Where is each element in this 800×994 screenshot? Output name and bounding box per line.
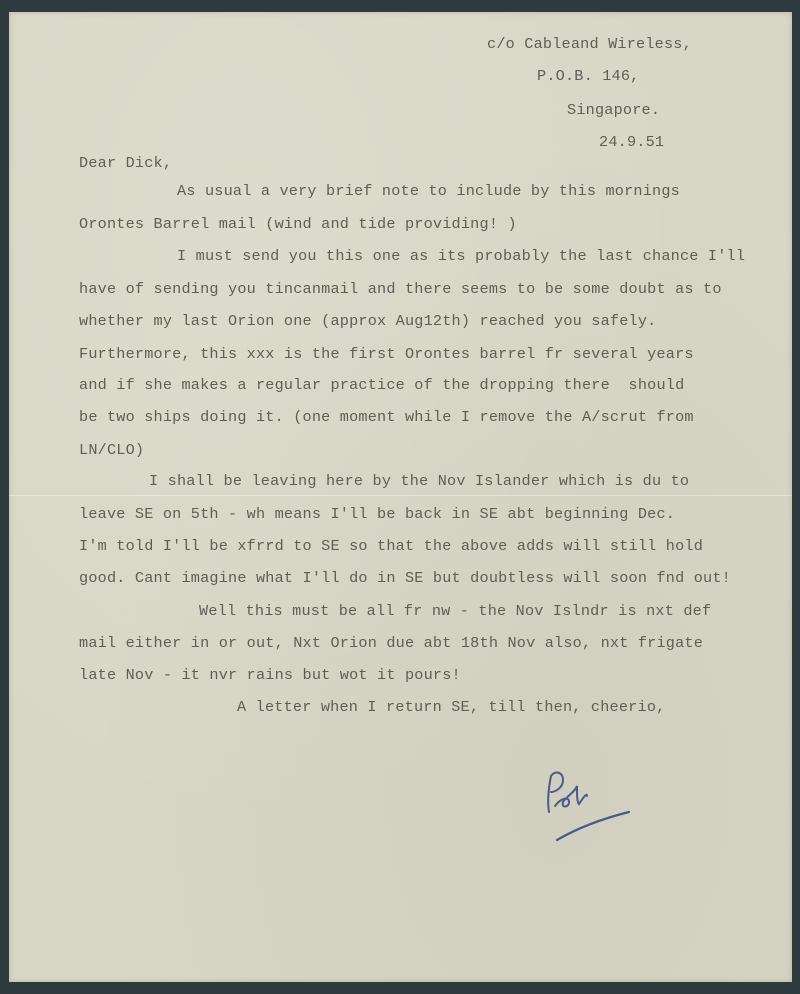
body-line: I'm told I'll be xfrrd to SE so that the… <box>79 537 703 555</box>
body-line: be two ships doing it. (one moment while… <box>79 408 694 426</box>
body-line: As usual a very brief note to include by… <box>177 182 680 200</box>
body-line: late Nov - it nvr rains but wot it pours… <box>79 666 461 684</box>
body-line: have of sending you tincanmail and there… <box>79 280 722 298</box>
body-line: Orontes Barrel mail (wind and tide provi… <box>79 215 517 233</box>
body-line: LN/CLO) <box>79 441 144 459</box>
body-line: I must send you this one as its probably… <box>177 247 745 265</box>
body-line: good. Cant imagine what I'll do in SE bu… <box>79 569 731 587</box>
salutation: Dear Dick, <box>79 154 172 172</box>
body-line: I shall be leaving here by the Nov Islan… <box>149 472 689 490</box>
body-line: mail either in or out, Nxt Orion due abt… <box>79 634 703 652</box>
body-line: Furthermore, this xxx is the first Oront… <box>79 345 694 363</box>
signature-bob: Bob <box>541 762 651 852</box>
body-line: leave SE on 5th - wh means I'll be back … <box>79 505 675 523</box>
address-line-2: P.O.B. 146, <box>537 67 639 85</box>
letter-page: c/o Cableand Wireless, P.O.B. 146, Singa… <box>9 12 792 982</box>
closing-line: A letter when I return SE, till then, ch… <box>237 698 665 716</box>
body-line: whether my last Orion one (approx Aug12t… <box>79 312 656 330</box>
address-line-3: Singapore. <box>567 101 660 119</box>
body-line: Well this must be all fr nw - the Nov Is… <box>199 602 711 620</box>
letter-date: 24.9.51 <box>599 133 664 151</box>
body-line: and if she makes a regular practice of t… <box>79 376 684 394</box>
paper-fold-line <box>9 495 792 496</box>
address-line-1: c/o Cableand Wireless, <box>487 35 692 53</box>
